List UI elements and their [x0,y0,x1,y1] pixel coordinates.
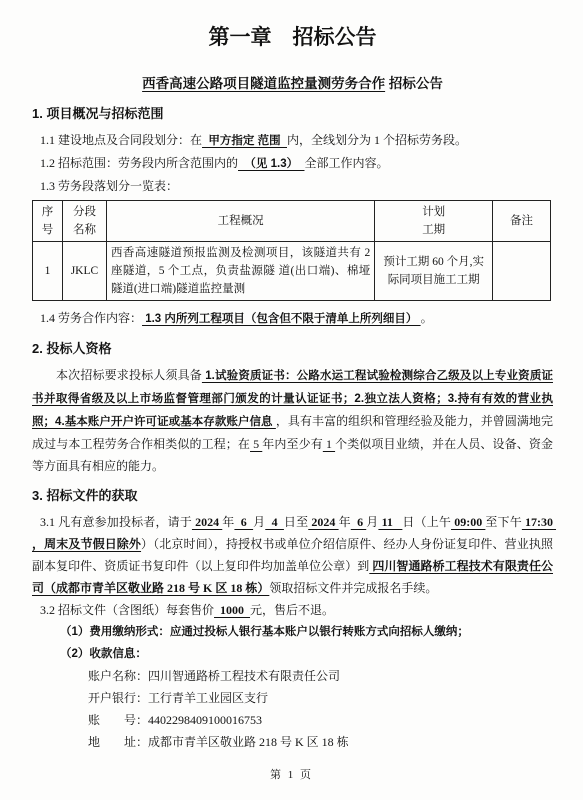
col-header-remarks: 备注 [493,201,551,242]
bank-line: 开户银行：工行青羊工业园区支行 [32,687,553,709]
clause-1-2: 1.2 招标范围：劳务段内所含范围内的 （见 1.3） 全部工作内容。 [32,152,553,175]
opening-time: 09:00 [451,515,485,529]
doc-subtitle-suffix: 招标公告 [385,76,443,91]
qualification-mid2: 年内至少有 [262,437,323,451]
clause-3-2: 3.2 招标文件（含图纸）每套售价 1000 元，售后不退。 [32,599,553,621]
clause-1-4-rest: 。 [421,311,433,325]
end-year: 2024 [308,515,338,529]
col-header-planned-duration: 计划 工期 [375,201,493,242]
section-2-heading: 2. 投标人资格 [32,340,553,357]
table-row: 1 JKLC 西香高速隧道预报监测及检测项目，该隧道共有 2 座隧道，5 个工点… [33,242,551,301]
cell-planned-duration: 预计工期 60 个月,实际同项目施工工期 [375,242,493,301]
start-day: 4 [265,515,284,529]
segments-table-header-row: 序 号 分段 名称 工程概况 计划 工期 备注 [33,201,551,242]
cell-project-overview: 西香高速隧道预报监测及检测项目，该隧道共有 2 座隧道，5 个工点，负责盐源隧 … [106,242,374,301]
clause-3-1: 3.1 凡有意参加投标者，请于 2024 年 6 月 4 日至 2024 年 6… [32,511,553,599]
document-page: 第一章 招标公告 西香高速公路项目隧道监控量测劳务合作 招标公告 1. 项目概况… [0,0,583,800]
account-name-value: 四川智通路桥工程技术有限责任公司 [148,669,340,683]
account-number-line: 账 号：4402298409100016753 [32,709,553,731]
payee-info-line: （2）收款信息： [32,643,553,665]
account-number-value: 4402298409100016753 [148,713,262,727]
segments-table: 序 号 分段 名称 工程概况 计划 工期 备注 1 JKLC 西香高速隧道预报监… [32,200,551,301]
clause-1-1-rest: 内，全线划分为 1 个招标劳务段。 [287,133,467,147]
end-day: 11 [378,515,402,529]
address-label: 地 址： [88,735,148,749]
cell-remarks [493,242,551,301]
section-3-heading: 3. 招标文件的获取 [32,487,553,504]
end-month: 6 [351,515,366,529]
account-number-label: 账 号： [88,713,148,727]
start-month: 6 [234,515,253,529]
cell-seq-no: 1 [33,242,63,301]
clause-1-1-text: 1.1 建设地点及合同段划分：在 [40,133,202,147]
clause-1-4-text: 1.4 劳务合作内容： [40,311,142,325]
clause-3-1-text: 3.1 凡有意参加投标者，请于 [40,515,192,529]
qualification-count: 1 [323,437,335,451]
clause-3-2-rest: 元，售后不退。 [250,603,334,617]
clause-1-4: 1.4 劳务合作内容： 1.3 内所列工程项目（包含但不限于清单上所列细目） 。 [32,307,553,330]
clause-1-3: 1.3 劳务段落划分一览表： [32,175,553,197]
clause-1-1: 1.1 建设地点及合同段划分：在 甲方指定 范围 内，全线划分为 1 个招标劳务… [32,129,553,152]
account-name-line: 账户名称：四川智通路桥工程技术有限责任公司 [32,665,553,687]
qualification-years: 5 [250,437,262,451]
doc-subtitle-project-name: 西香高速公路项目隧道监控量测劳务合作 [142,76,385,91]
doc-subtitle: 西香高速公路项目隧道监控量测劳务合作 招标公告 [32,75,553,92]
qualification-lead: 本次招标要求投标人须具备 [56,368,202,382]
section-1-heading: 1. 项目概况与招标范围 [32,105,553,122]
clause-1-2-fill: （见 1.3） [238,158,304,170]
bank-label: 开户银行： [88,691,148,705]
footer-page-number: 第 1 页 [0,766,583,782]
clause-1-1-fill: 甲方指定 范围 [202,135,287,147]
cell-segment-name: JKLC [62,242,106,301]
address-value: 成都市青羊区敬业路 218 号 K 区 18 栋 [148,735,349,749]
doc-title: 第一章 招标公告 [32,24,553,51]
col-header-seq-no: 序 号 [33,201,63,242]
col-header-project-overview: 工程概况 [106,201,374,242]
clause-1-2-text: 1.2 招标范围：劳务段内所含范围内的 [40,156,238,170]
account-name-label: 账户名称： [88,669,148,683]
payment-method-line: （1）费用缴纳形式：应通过投标人银行基本账户以银行转账方式向招标人缴纳； [32,621,553,643]
document-fee: 1000 [214,603,250,617]
clause-3-2-text: 3.2 招标文件（含图纸）每套售价 [40,603,214,617]
clause-1-4-fill: 1.3 内所列工程项目（包含但不限于清单上所列细目） [142,313,421,325]
bidder-qualification-paragraph: 本次招标要求投标人须具备 1.试验资质证书：公路水运工程试验检测综合乙级及以上专… [32,364,553,477]
start-year: 2024 [192,515,222,529]
col-header-segment-name: 分段 名称 [62,201,106,242]
address-line: 地 址：成都市青羊区敬业路 218 号 K 区 18 栋 [32,731,553,753]
clause-1-2-rest: 全部工作内容。 [304,156,388,170]
bank-value: 工行青羊工业园区支行 [148,691,268,705]
